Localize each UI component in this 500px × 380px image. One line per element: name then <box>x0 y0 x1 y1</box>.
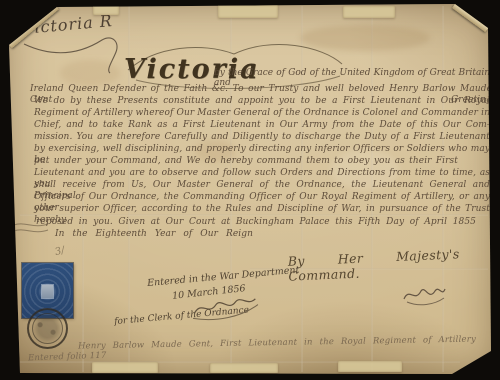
document-line: Chief, and to take Rank as a First Lieut… <box>34 120 490 131</box>
document-line: Regiment of Artillery whereof Our Master… <box>34 108 490 119</box>
tape-piece <box>93 4 119 15</box>
commission-document: Victoria R Victoria by the Grace of God … <box>0 0 500 380</box>
document-line: put under your Command, and We do hereby… <box>34 156 458 167</box>
tape-piece <box>338 361 402 372</box>
tape-piece <box>210 363 278 373</box>
tape-piece <box>343 6 395 18</box>
document-line: mission. You are therefore Carefully and… <box>34 132 490 143</box>
document-line: reposed in you. Given at Our Court at Bu… <box>36 217 476 228</box>
photo-backdrop: Victoria R Victoria by the Grace of God … <box>0 0 500 380</box>
corner-fold-flap <box>452 4 488 32</box>
seal-center-plate <box>42 285 53 298</box>
pencil-annotation: 3/ <box>54 245 66 258</box>
tape-piece <box>218 5 278 18</box>
date-stamp <box>27 308 68 349</box>
docket-line: Henry Barlow Maude Gent, First Lieutenan… <box>78 335 476 352</box>
margin-flourish <box>12 220 50 236</box>
minister-signature <box>400 282 446 306</box>
command-line: By Her Majesty's Command. <box>287 246 460 283</box>
registration-clerk-line: for the Clerk of the Ordnance <box>114 305 256 327</box>
document-line: We do by these Presents constitute and a… <box>34 96 490 107</box>
reign-line: In the Eighteenth Year of Our Reign <box>55 229 253 240</box>
tape-piece <box>92 362 158 373</box>
